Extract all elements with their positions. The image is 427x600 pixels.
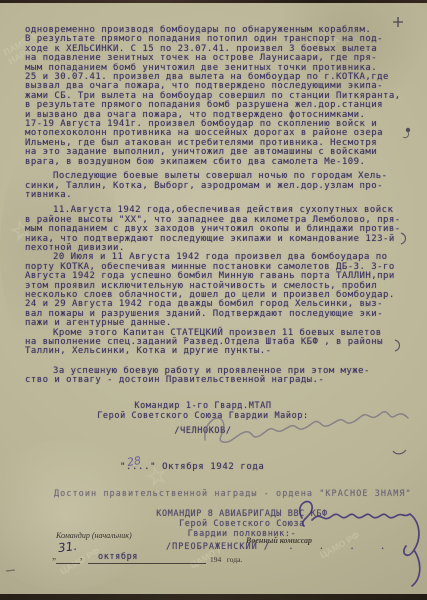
typed-month-october: октября: [98, 552, 138, 562]
signoff1-title-line: Командир 1-го Гвард.МТАП: [88, 401, 318, 411]
form-comma: ,: [80, 551, 82, 561]
paragraph: За успешную боевую работу и проявленное …: [25, 367, 421, 386]
scan-edge-bottom: [0, 594, 427, 600]
text-line: ство и отвагу - достоин Правительственно…: [25, 376, 421, 385]
text-line: Таллин, Хельсинки, Котка и другие пункты…: [25, 347, 421, 356]
signoff2-title-line: КОМАНДИР 8 АВИАБРИГАДЫ ВВС КБФ: [142, 509, 342, 519]
document-body-text: одновременно производя бомбоудары по обн…: [25, 26, 421, 386]
form-day-underline: [56, 563, 80, 564]
form-commander-label: Командир (начальник): [56, 531, 132, 540]
commander-8-aviabrigade-block: КОМАНДИР 8 АВИАБРИГАДЫ ВВС КБФ Герой Сов…: [142, 509, 342, 539]
signoff2-hero-line: Герой Советского Союза: [142, 519, 342, 529]
paragraph: Последующие боевые вылеты совершал ночью…: [25, 172, 421, 200]
form-month-underline: [88, 563, 206, 564]
paragraph: 11.Августа 1942 года,обеспечивая действи…: [25, 206, 421, 253]
typed-date-line: "...." Октября 1942 года: [120, 462, 264, 472]
form-open-quote: „: [52, 551, 56, 561]
document-page: ПАМЯТЬ НАРОДА ☆ ☆ ЦАМО РФ ЦАМО РФ ЦАМО Р…: [0, 0, 427, 600]
handwritten-day-28: 28: [126, 454, 142, 469]
pen-hook-mark: [393, 450, 406, 454]
signoff1-rank-line: Герой Советского Союза Гвардии Майор:: [88, 411, 318, 421]
paragraph: 20 Июля и 11 Августа 1942 года произвел …: [25, 253, 421, 328]
scan-edge-top: [0, 0, 427, 3]
endorsement-line: Достоин правительственной награды - орде…: [54, 489, 412, 499]
paragraph: Кроме этого Капитан СТАТЕЦКИЙ произвел 1…: [25, 329, 421, 357]
signoff1-typed-name: /ЧЕЛНОКОВ/: [88, 426, 318, 436]
form-year-printed: 194 года.: [210, 555, 242, 564]
text-line: синки, Таллин, Котка, Выборг, аэродромам…: [25, 182, 421, 191]
handwritten-day-31: 31.: [57, 539, 78, 555]
paragraph: одновременно производя бомбоудары по обн…: [25, 26, 421, 167]
text-line: врага, в воздушном бою экипажем сбито дв…: [25, 158, 421, 167]
commander-1gmtap-signature-block: Командир 1-го Гвард.МТАП Герой Советског…: [88, 401, 318, 436]
form-commissar-label: Военный комиссар: [246, 536, 312, 545]
pen-dash-mark: [6, 570, 15, 571]
text-line: тивника.: [25, 191, 421, 200]
